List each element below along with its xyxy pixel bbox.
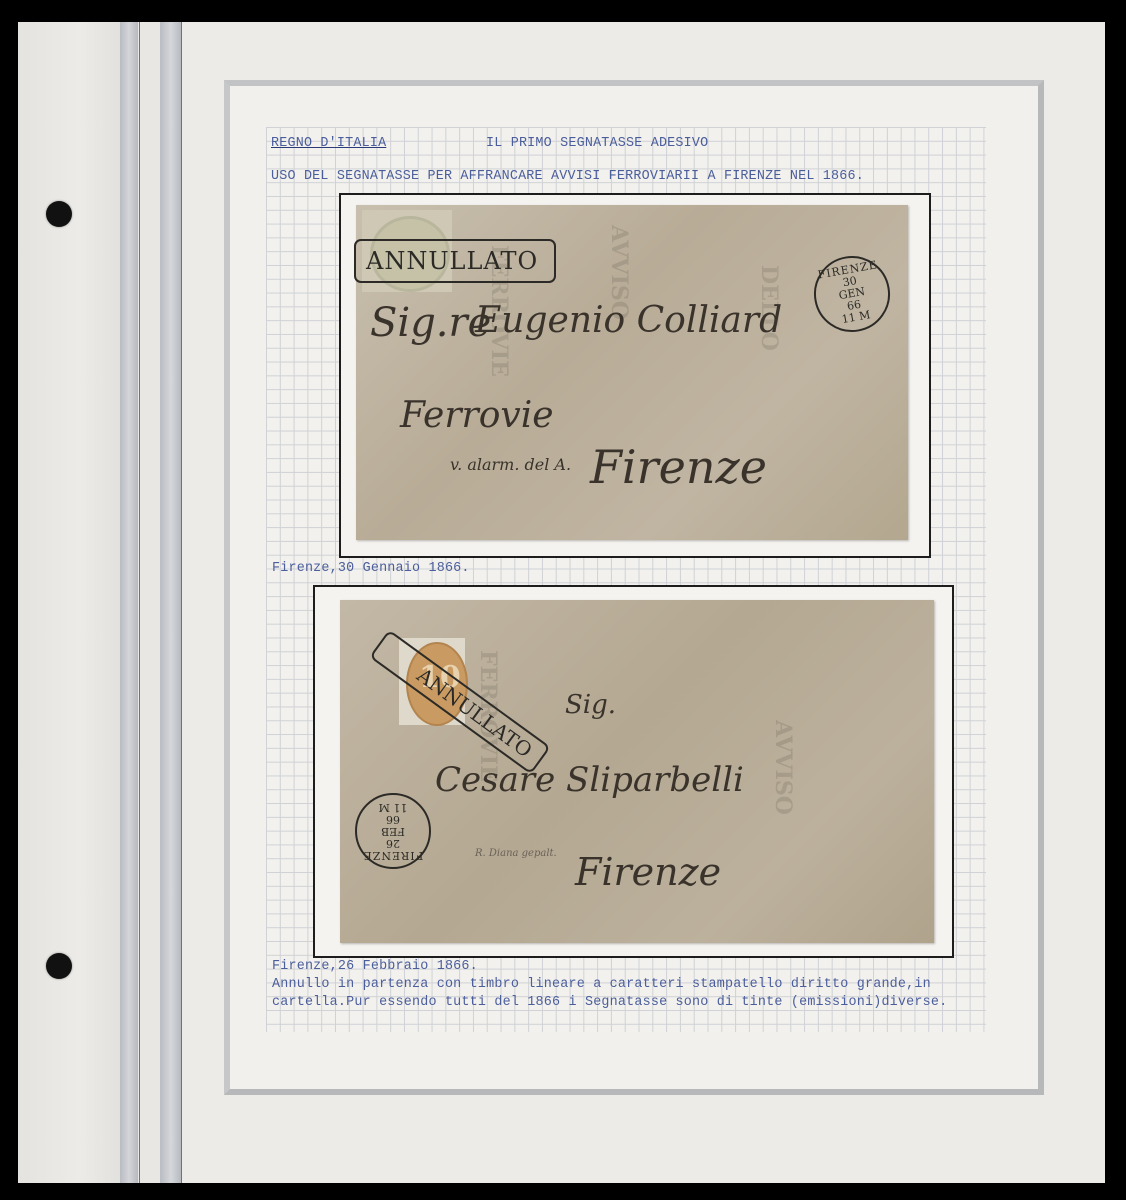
binder-hole-icon (46, 201, 72, 227)
country-heading: REGNO D'ITALIA (271, 136, 386, 151)
page-subtitle: USO DEL SEGNATASSE PER AFFRANCARE AVVISI… (271, 169, 864, 184)
address-line: Eugenio Colliard (475, 300, 782, 341)
address-line: Ferrovie (400, 395, 554, 436)
binder-hole-icon (46, 953, 72, 979)
description-line-1: Annullo in partenza con timbro lineare a… (272, 977, 931, 992)
address-line: Firenze (575, 850, 721, 894)
binder-strip (160, 22, 182, 1183)
postmark-month: FEB (357, 825, 429, 837)
postmark-city: FIRENZE (357, 849, 429, 861)
address-note: v. alarm. del A. (450, 455, 571, 474)
cover-2-caption: Firenze,26 Febbraio 1866. (272, 959, 478, 974)
postmark-2: FIRENZE 26 FEB 66 11 M (355, 793, 431, 869)
postmark-year: 66 (357, 813, 429, 825)
address-line: Firenze (590, 440, 767, 494)
page-title: IL PRIMO SEGNATASSE ADESIVO (486, 136, 708, 151)
address-line: Cesare Sliparbelli (435, 760, 744, 800)
address-line: Sig.re (370, 300, 491, 346)
binder-strip (120, 22, 138, 1183)
binder-strip (139, 22, 160, 1183)
address-note: R. Diana gepalt. (475, 848, 557, 859)
address-line: Sig. (565, 690, 616, 720)
postmark-time: 11 M (357, 801, 429, 813)
description-line-2: cartella.Pur essendo tutti del 1866 i Se… (272, 995, 947, 1010)
binder-margin (18, 22, 120, 1183)
postmark-day: 26 (357, 837, 429, 849)
cover-1-caption: Firenze,30 Gennaio 1866. (272, 561, 470, 576)
page-edge (139, 22, 140, 1183)
cancellation-box-1: ANNULLATO (354, 239, 556, 283)
